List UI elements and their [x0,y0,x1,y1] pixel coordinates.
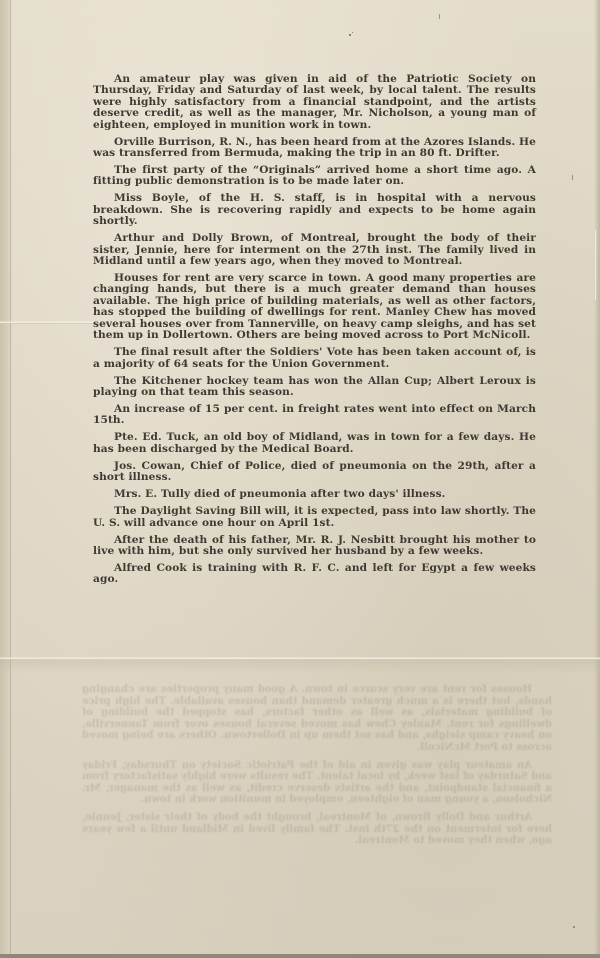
paragraph-orville-burrison: Orville Burrison, R. N., has been heard … [93,137,536,160]
paragraph-alfred-cook: Alfred Cook is training with R. F. C. an… [93,563,536,586]
paper-left-edge-line [10,0,11,958]
paragraph-miss-boyle: Miss Boyle, of the H. S. staff, is in ho… [93,193,536,227]
scanned-document-page: Houses for rent are very scarce in town.… [0,0,600,958]
paragraph-brown-family: Arthur and Dolly Brown, of Montreal, bro… [93,233,536,267]
paragraph-originals: The first party of the “Originals” arriv… [93,165,536,188]
paragraph-amateur-play: An amateur play was given in aid of the … [93,74,536,131]
ink-mark [439,14,440,19]
paragraph-soldiers-vote: The final result after the Soldiers' Vot… [93,347,536,370]
paragraph-nesbitt: After the death of his father, Mr. R. J.… [93,535,536,558]
ink-mark [572,175,573,180]
ink-speck [573,926,575,928]
paper-right-edge [594,0,600,958]
paragraph-kitchener-hockey: The Kitchener hockey team has won the Al… [93,376,536,399]
bleed-paragraph: An amateur play was given in aid of the … [82,760,552,806]
ink-speck [352,32,353,33]
paragraph-jos-cowan: Jos. Cowan, Chief of Police, died of pne… [93,461,536,484]
fold-shadow [0,660,600,674]
paragraph-freight-rates: An increase of 15 per cent. in freight r… [93,404,536,427]
paper-right-tear [595,230,600,300]
bleed-through-text: Houses for rent are very scarce in town.… [82,684,552,853]
paragraph-pte-tuck: Pte. Ed. Tuck, an old boy of Midland, wa… [93,432,536,455]
paragraph-mrs-tully: Mrs. E. Tully died of pneumonia after tw… [93,489,536,500]
bleed-paragraph: Houses for rent are very scarce in town.… [82,684,552,754]
paragraph-daylight-saving: The Daylight Saving Bill will, it is exp… [93,506,536,529]
bleed-paragraph: Arthur and Dolly Brown, of Montreal, bro… [82,812,552,847]
ink-speck [349,34,351,36]
paragraph-houses-for-rent: Houses for rent are very scarce in town.… [93,273,536,341]
paper-bottom-edge [0,954,600,958]
article-body: An amateur play was given in aid of the … [93,74,536,591]
